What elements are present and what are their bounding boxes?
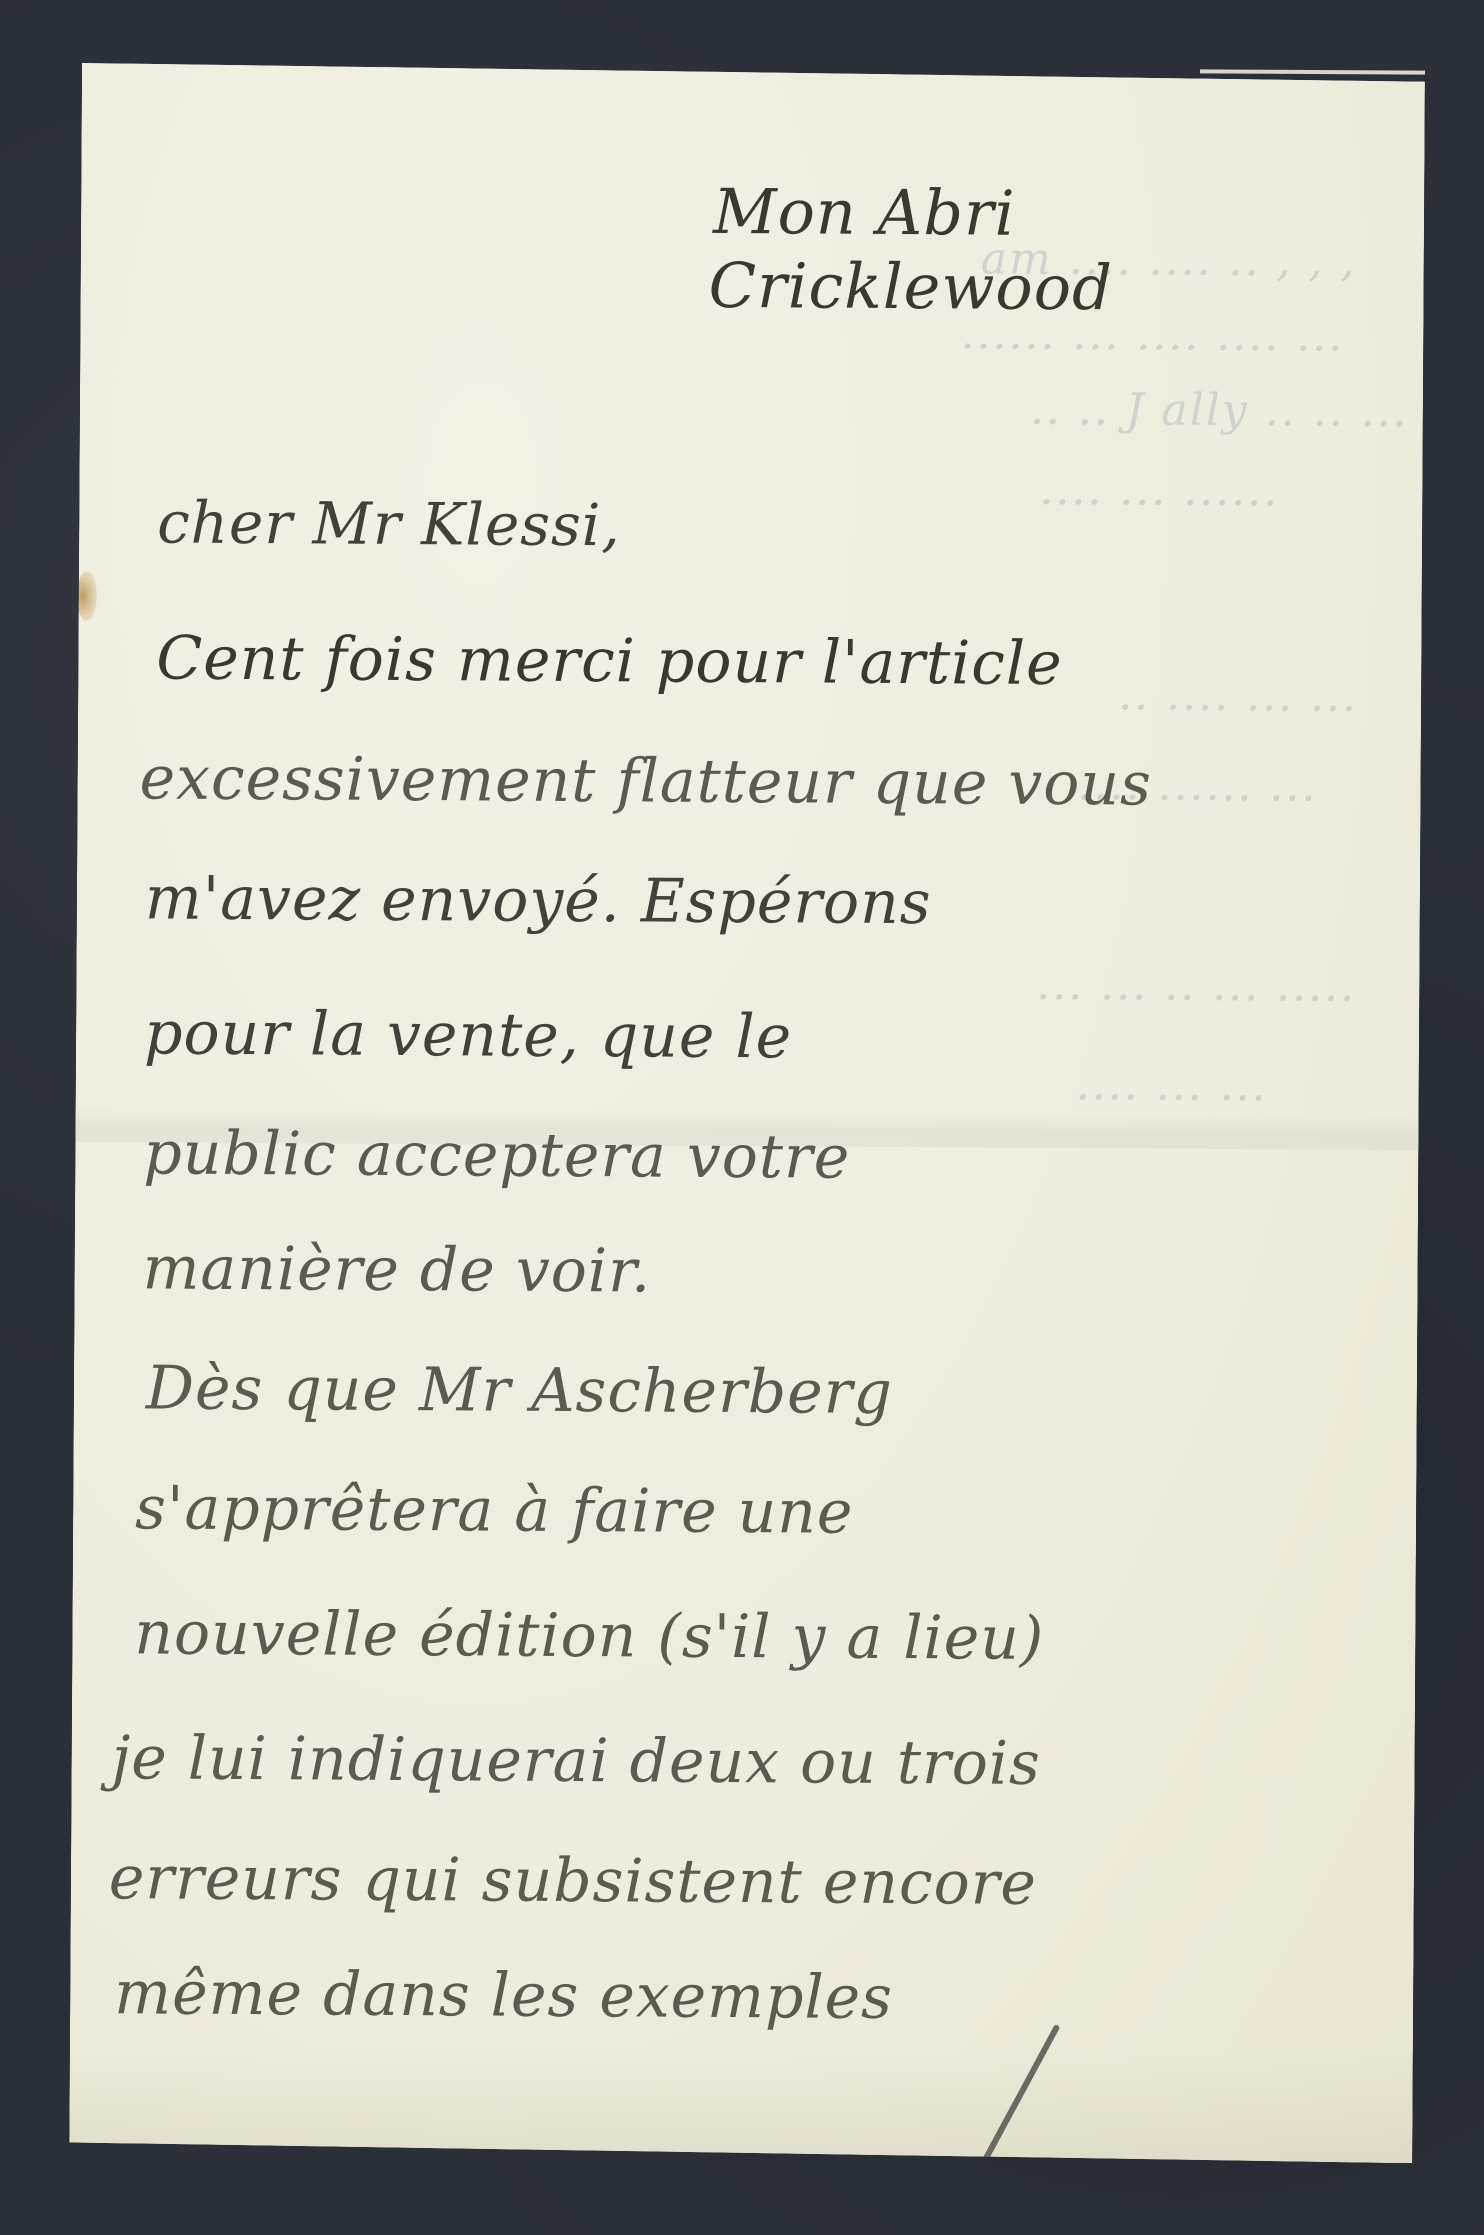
letter-body-line: pour la vente, que le xyxy=(144,998,793,1072)
letter-body-line: manière de voir. xyxy=(142,1233,651,1306)
address-line-1: Mon Abri xyxy=(713,175,1016,250)
letter-body-line: s'apprêtera à faire une xyxy=(135,1473,854,1547)
address-line-2: Cricklewood xyxy=(708,249,1113,324)
bleed-through-line: .. .. J ally .. .. ... xyxy=(1030,384,1409,437)
letter-body-line: excessivement flatteur que vous xyxy=(139,743,1152,819)
paper-aging-shade xyxy=(69,2045,1413,2163)
foxing-stain xyxy=(77,571,97,621)
letter-body-line: je lui indiquerai deux ou trois xyxy=(111,1723,1041,1799)
letter-body-line: m'avez envoyé. Espérons xyxy=(145,863,932,938)
letter-body-line: nouvelle édition (s'il y a lieu) xyxy=(134,1598,1044,1674)
letter-page: am .... .... .. , , , ...... ... .... ..… xyxy=(69,63,1425,2163)
bleed-through-line: .... ... ...... xyxy=(1039,464,1279,516)
letter-body-line: même dans les exemples xyxy=(114,1958,893,2033)
greeting: cher Mr Klessi, xyxy=(157,488,621,559)
bleed-through-line: ... ... .. ... ..... xyxy=(1036,959,1356,1012)
letter-body-line: public acceptera votre xyxy=(143,1118,850,1192)
bleed-through-line: .. .... ... ... xyxy=(1118,669,1358,721)
letter-body-line: erreurs qui subsistent encore xyxy=(109,1843,1037,1919)
bleed-through-line: .... ... ... xyxy=(1076,1059,1268,1111)
letter-body-line: Cent fois merci pour l'article xyxy=(156,623,1063,699)
letter-body-line: Dès que Mr Ascherberg xyxy=(146,1353,893,1428)
